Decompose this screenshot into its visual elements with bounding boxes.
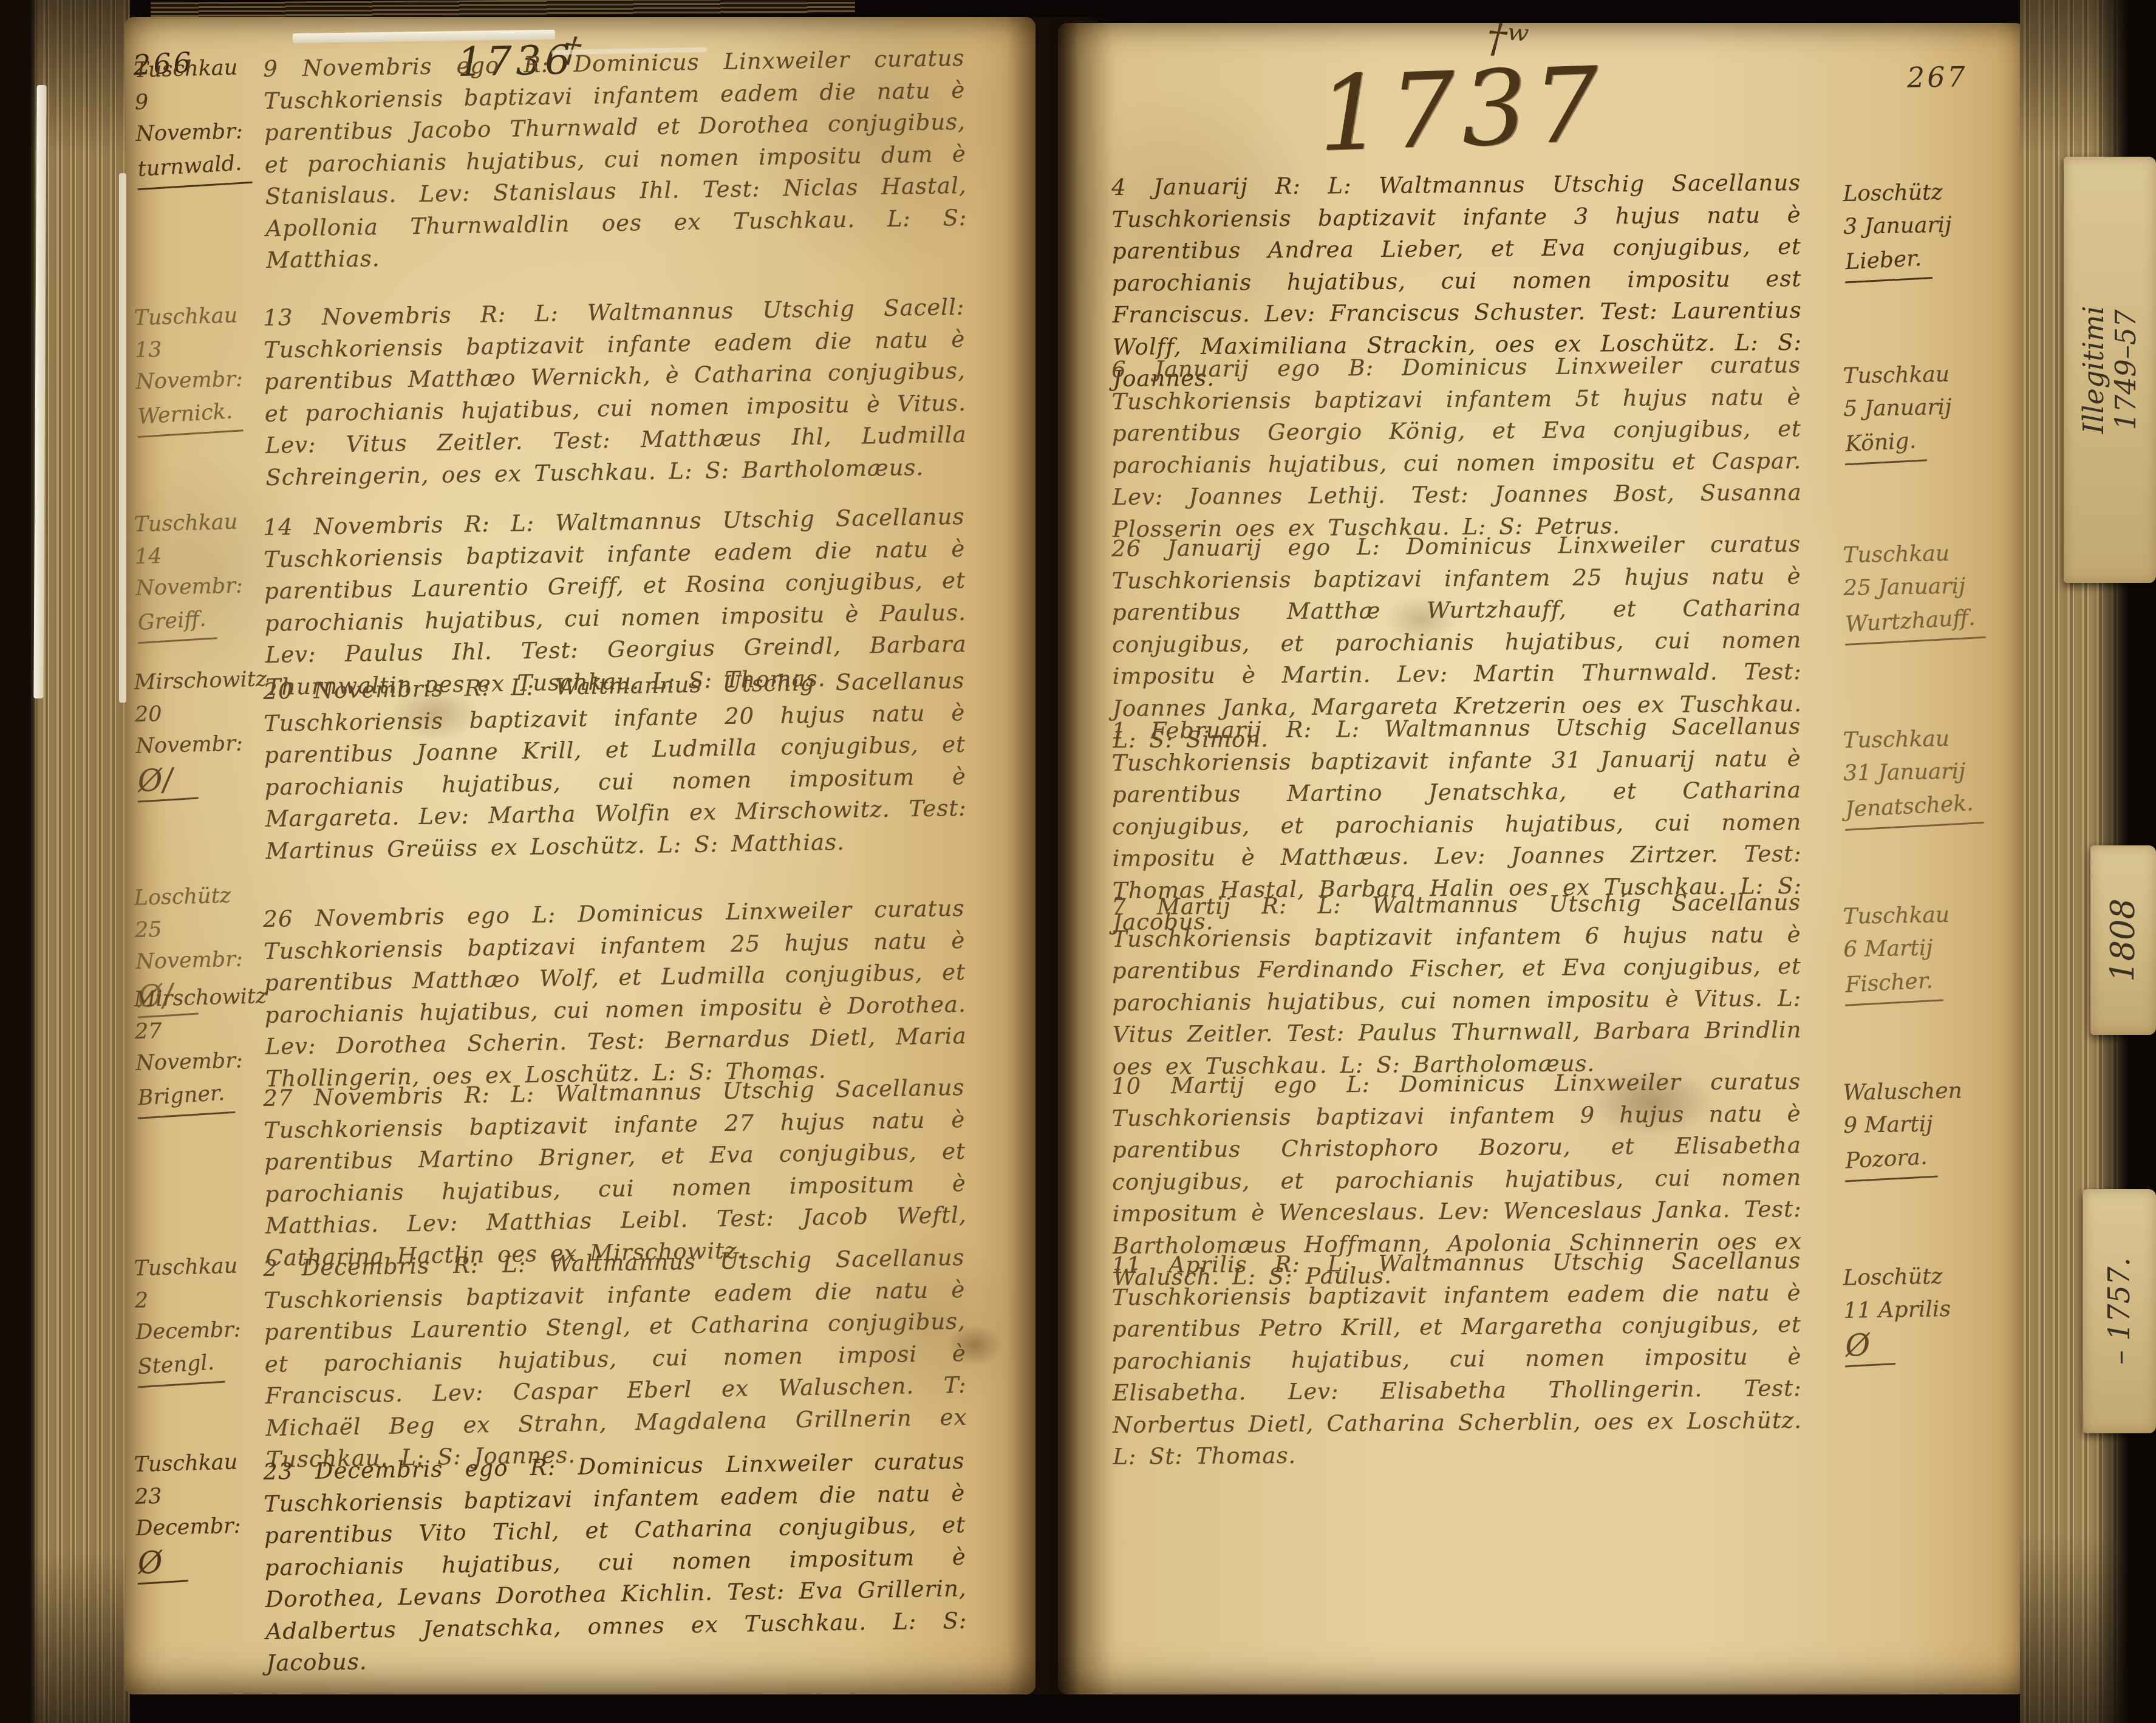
margin-surname: Jenatschek. [1843,786,1984,831]
margin-date: 5 Januarij [1843,395,1952,421]
margin-place: Loschütz [1843,180,1943,206]
register-page-left: 266 1736 † Tuschkau 9 Novembr: turnwald.… [125,17,1035,1694]
margin-place: Tuschkau [134,1450,238,1477]
margin-surname: Stengl. [135,1346,225,1387]
margin-date: 31 Januarij [1843,759,1966,785]
margin-place: Tuschkau [134,304,238,330]
margin-date: 9 Martij [1843,1111,1933,1138]
margin-date: 25 Novembr: [135,917,244,974]
margin-symbol: Ø [1843,1327,1895,1367]
entry-text: 7 Martij R: L: Waltmannus Utschig Sacell… [1111,887,1802,1083]
entry-text: 11 Aprilis R: L: Waltmannus Utschig Sace… [1111,1245,1803,1473]
entry-margin-note: Loschütz 3 Januarij Lieber. [1843,175,2014,282]
margin-date: 2 Decembr: [135,1288,242,1345]
margin-surname: Lieber. [1843,242,1933,283]
entry-text: 20 Novembris R: L: Waltmannus Utschig Sa… [263,665,967,867]
margin-surname: Pozora. [1843,1141,1938,1182]
margin-place: Loschütz [134,884,231,910]
margin-date: 14 Novembr: [135,544,244,601]
margin-place: Tuschkau [1843,362,1950,389]
entry-margin-note: Tuschkau 6 Martij Fischer. [1843,898,2014,1005]
entry-text: 23 Decembris ego R: Dominicus Linxweiler… [263,1445,968,1680]
margin-date: 25 Januarij [1843,573,1966,600]
edge-tab-illegitimi: Illegitimi 1749–57 [2064,157,2156,583]
tab-text-line1: – 1757. [2102,1258,2136,1365]
margin-place: Tuschkau [134,56,238,83]
margin-surname: Brigner. [135,1076,236,1118]
entry-text: 9 Novembris ego R: Dominicus Linxweiler … [263,43,968,277]
margin-date: 13 Novembr: [135,337,244,394]
entry-margin-note: Tuschkau 9 Novembr: turnwald. [134,52,262,188]
entry-margin-note: Waluschen 9 Martij Pozora. [1843,1074,2014,1181]
entry-margin-note: Tuschkau 2 Decembr: Stengl. [134,1250,262,1386]
margin-surname: König. [1843,424,1927,465]
margin-place: Waluschen [1843,1079,1962,1105]
margin-date: 3 Januarij [1843,213,1952,239]
margin-surname: Wernick. [135,395,244,437]
margin-surname: Greiff. [135,602,217,643]
margin-date: 20 Novembr: [135,701,244,759]
entry-margin-note: Tuschkau 13 Novembr: Wernick. [134,299,262,435]
entry-margin-note: Tuschkau 5 Januarij König. [1843,357,2014,464]
entry-margin-note: Mirschowitz 27 Novembr: Brigner. [134,981,262,1117]
entry-text: 2 Decembris R: L: Waltmannus Utschig Sac… [263,1242,968,1476]
book-gutter-shadow [1007,17,1113,1694]
tab-text-line1: Illegitimi [2077,306,2110,434]
margin-place: Mirschowitz [134,984,267,1012]
margin-surname: Fischer. [1843,964,1943,1006]
year-heading-1737: 1737 [1316,45,1607,175]
margin-place: Tuschkau [1843,902,1950,929]
margin-date: 23 Decembr: [135,1484,242,1541]
left-fore-edge-page-stack [0,0,130,1723]
edge-tab-label: – 1757. [2103,1258,2136,1365]
top-page-edges [151,0,855,18]
margin-place: Tuschkau [1843,541,1950,568]
margin-surname: turnwald. [135,146,253,189]
scanned-register-photo: { "book": { "left_page": { "page_number"… [0,0,2156,1723]
entry-text: 26 Novembris ego L: Dominicus Linxweiler… [263,893,967,1095]
margin-date: 9 Novembr: [135,90,244,146]
margin-date: 6 Martij [1843,935,1933,962]
margin-place: Loschütz [1843,1264,1943,1291]
paper-slip-left-vertical-2 [119,173,126,703]
edge-tab-label: 1808 [2104,898,2142,981]
margin-date: 11 Aprilis [1843,1297,1951,1323]
margin-place: Tuschkau [1843,726,1950,753]
margin-symbol: Ø/ [135,761,198,802]
entry-margin-note: Tuschkau 23 Decembr: Ø [134,1446,262,1584]
entry-text: 13 Novembris R: L: Waltmannus Utschig Sa… [263,292,967,494]
entry-margin-note: Mirschowitz 20 Novembr: Ø/ [134,664,262,802]
tab-text-line1: 1808 [2104,898,2142,981]
edge-tab-1808: 1808 [2090,845,2156,1035]
register-page-right: 267 †ʷ 1737 Loschütz 3 Januarij Lieber. … [1058,23,2025,1694]
edge-tab-1757: – 1757. [2083,1189,2156,1433]
entry-margin-note: Loschütz 11 Aprilis Ø [1843,1259,2014,1366]
entry-margin-note: Tuschkau 25 Januarij Wurtzhauff. [1843,536,2014,643]
margin-date: 27 Novembr: [135,1018,244,1076]
margin-place: Tuschkau [134,510,238,537]
tab-text-line2: 1749–57 [2109,310,2142,431]
entry-margin-note: Tuschkau 14 Novembr: Greiff. [134,506,262,642]
margin-place: Mirschowitz [134,667,267,695]
entry-text: 6 Januarij ego B: Dominicus Linxweiler c… [1111,349,1802,545]
edge-tab-label: Illegitimi 1749–57 [2078,306,2142,434]
margin-surname: Wurtzhauff. [1843,601,1986,646]
margin-symbol: Ø [135,1544,188,1585]
entry-margin-note: Tuschkau 31 Januarij Jenatschek. [1843,722,2014,828]
page-number-right: 267 [1907,60,1968,94]
margin-place: Tuschkau [134,1254,238,1281]
